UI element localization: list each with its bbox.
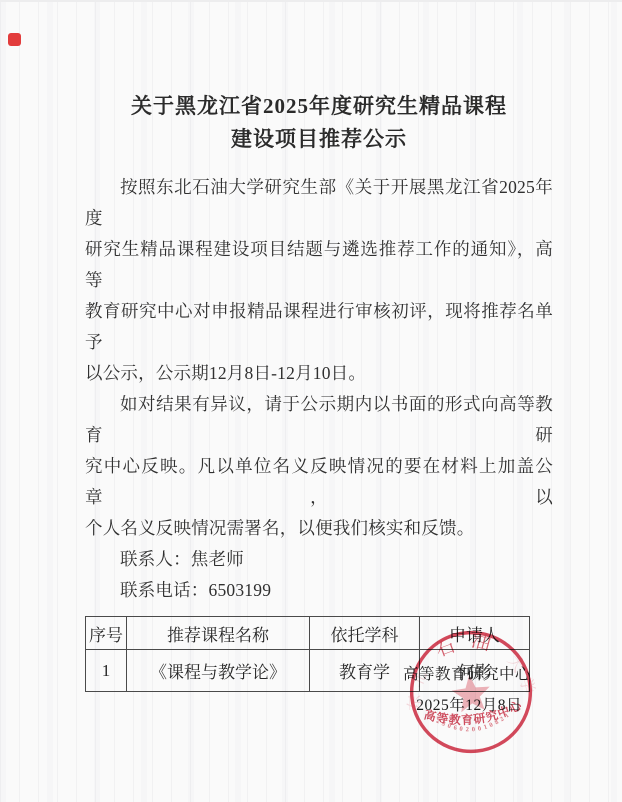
table-header-index: 序号 <box>86 617 127 650</box>
paragraph-2: 如对结果有异议，请于公示期内以书面的形式向高等教育研 究中心反映。凡以单位名义反… <box>85 389 553 544</box>
paragraph-1-line: 研究生精品课程建设项目结题与遴选推荐工作的通知》，高等 <box>85 234 553 296</box>
red-marker-icon <box>8 33 21 46</box>
contact-person: 联系人：焦老师 <box>85 544 553 575</box>
paragraph-1: 按照东北石油大学研究生部《关于开展黑龙江省2025年度 研究生精品课程建设项目结… <box>85 172 553 389</box>
cell-index: 1 <box>86 650 127 692</box>
paragraph-2-line: 如对结果有异议，请于公示期内以书面的形式向高等教育研 <box>85 389 553 451</box>
cell-course: 《课程与教学论》 <box>127 650 310 692</box>
page-title-line-1: 关于黑龙江省2025年度研究生精品课程 <box>85 90 553 123</box>
star-icon <box>450 673 492 713</box>
seal-univ-left: 东北 <box>401 661 437 713</box>
paragraph-1-line: 教育研究中心对申报精品课程进行审核初评，现将推荐名单予 <box>85 296 553 358</box>
page-title-line-2: 建设项目推荐公示 <box>85 123 553 156</box>
paragraph-1-line: 按照东北石油大学研究生部《关于开展黑龙江省2025年度 <box>85 172 553 234</box>
seal-univ-right: 大学 <box>503 650 539 702</box>
contact-phone: 联系电话：6503199 <box>85 575 553 606</box>
document-body: 关于黑龙江省2025年度研究生精品课程 建设项目推荐公示 按照东北石油大学研究生… <box>85 90 553 692</box>
scanned-notice-page: 关于黑龙江省2025年度研究生精品课程 建设项目推荐公示 按照东北石油大学研究生… <box>0 0 622 802</box>
table-header-course: 推荐课程名称 <box>127 617 310 650</box>
paragraph-1-line: 以公示，公示期12月8日-12月10日。 <box>85 358 553 389</box>
paragraph-2-line: 究中心反映。凡以单位名义反映情况的要在材料上加盖公章，以 <box>85 451 553 513</box>
paragraph-2-line: 个人名义反映情况需署名，以便我们核实和反馈。 <box>85 513 553 544</box>
official-seal-stamp: 东北 石油 大学 高等教育研究中心 2306020010821 <box>397 618 544 765</box>
